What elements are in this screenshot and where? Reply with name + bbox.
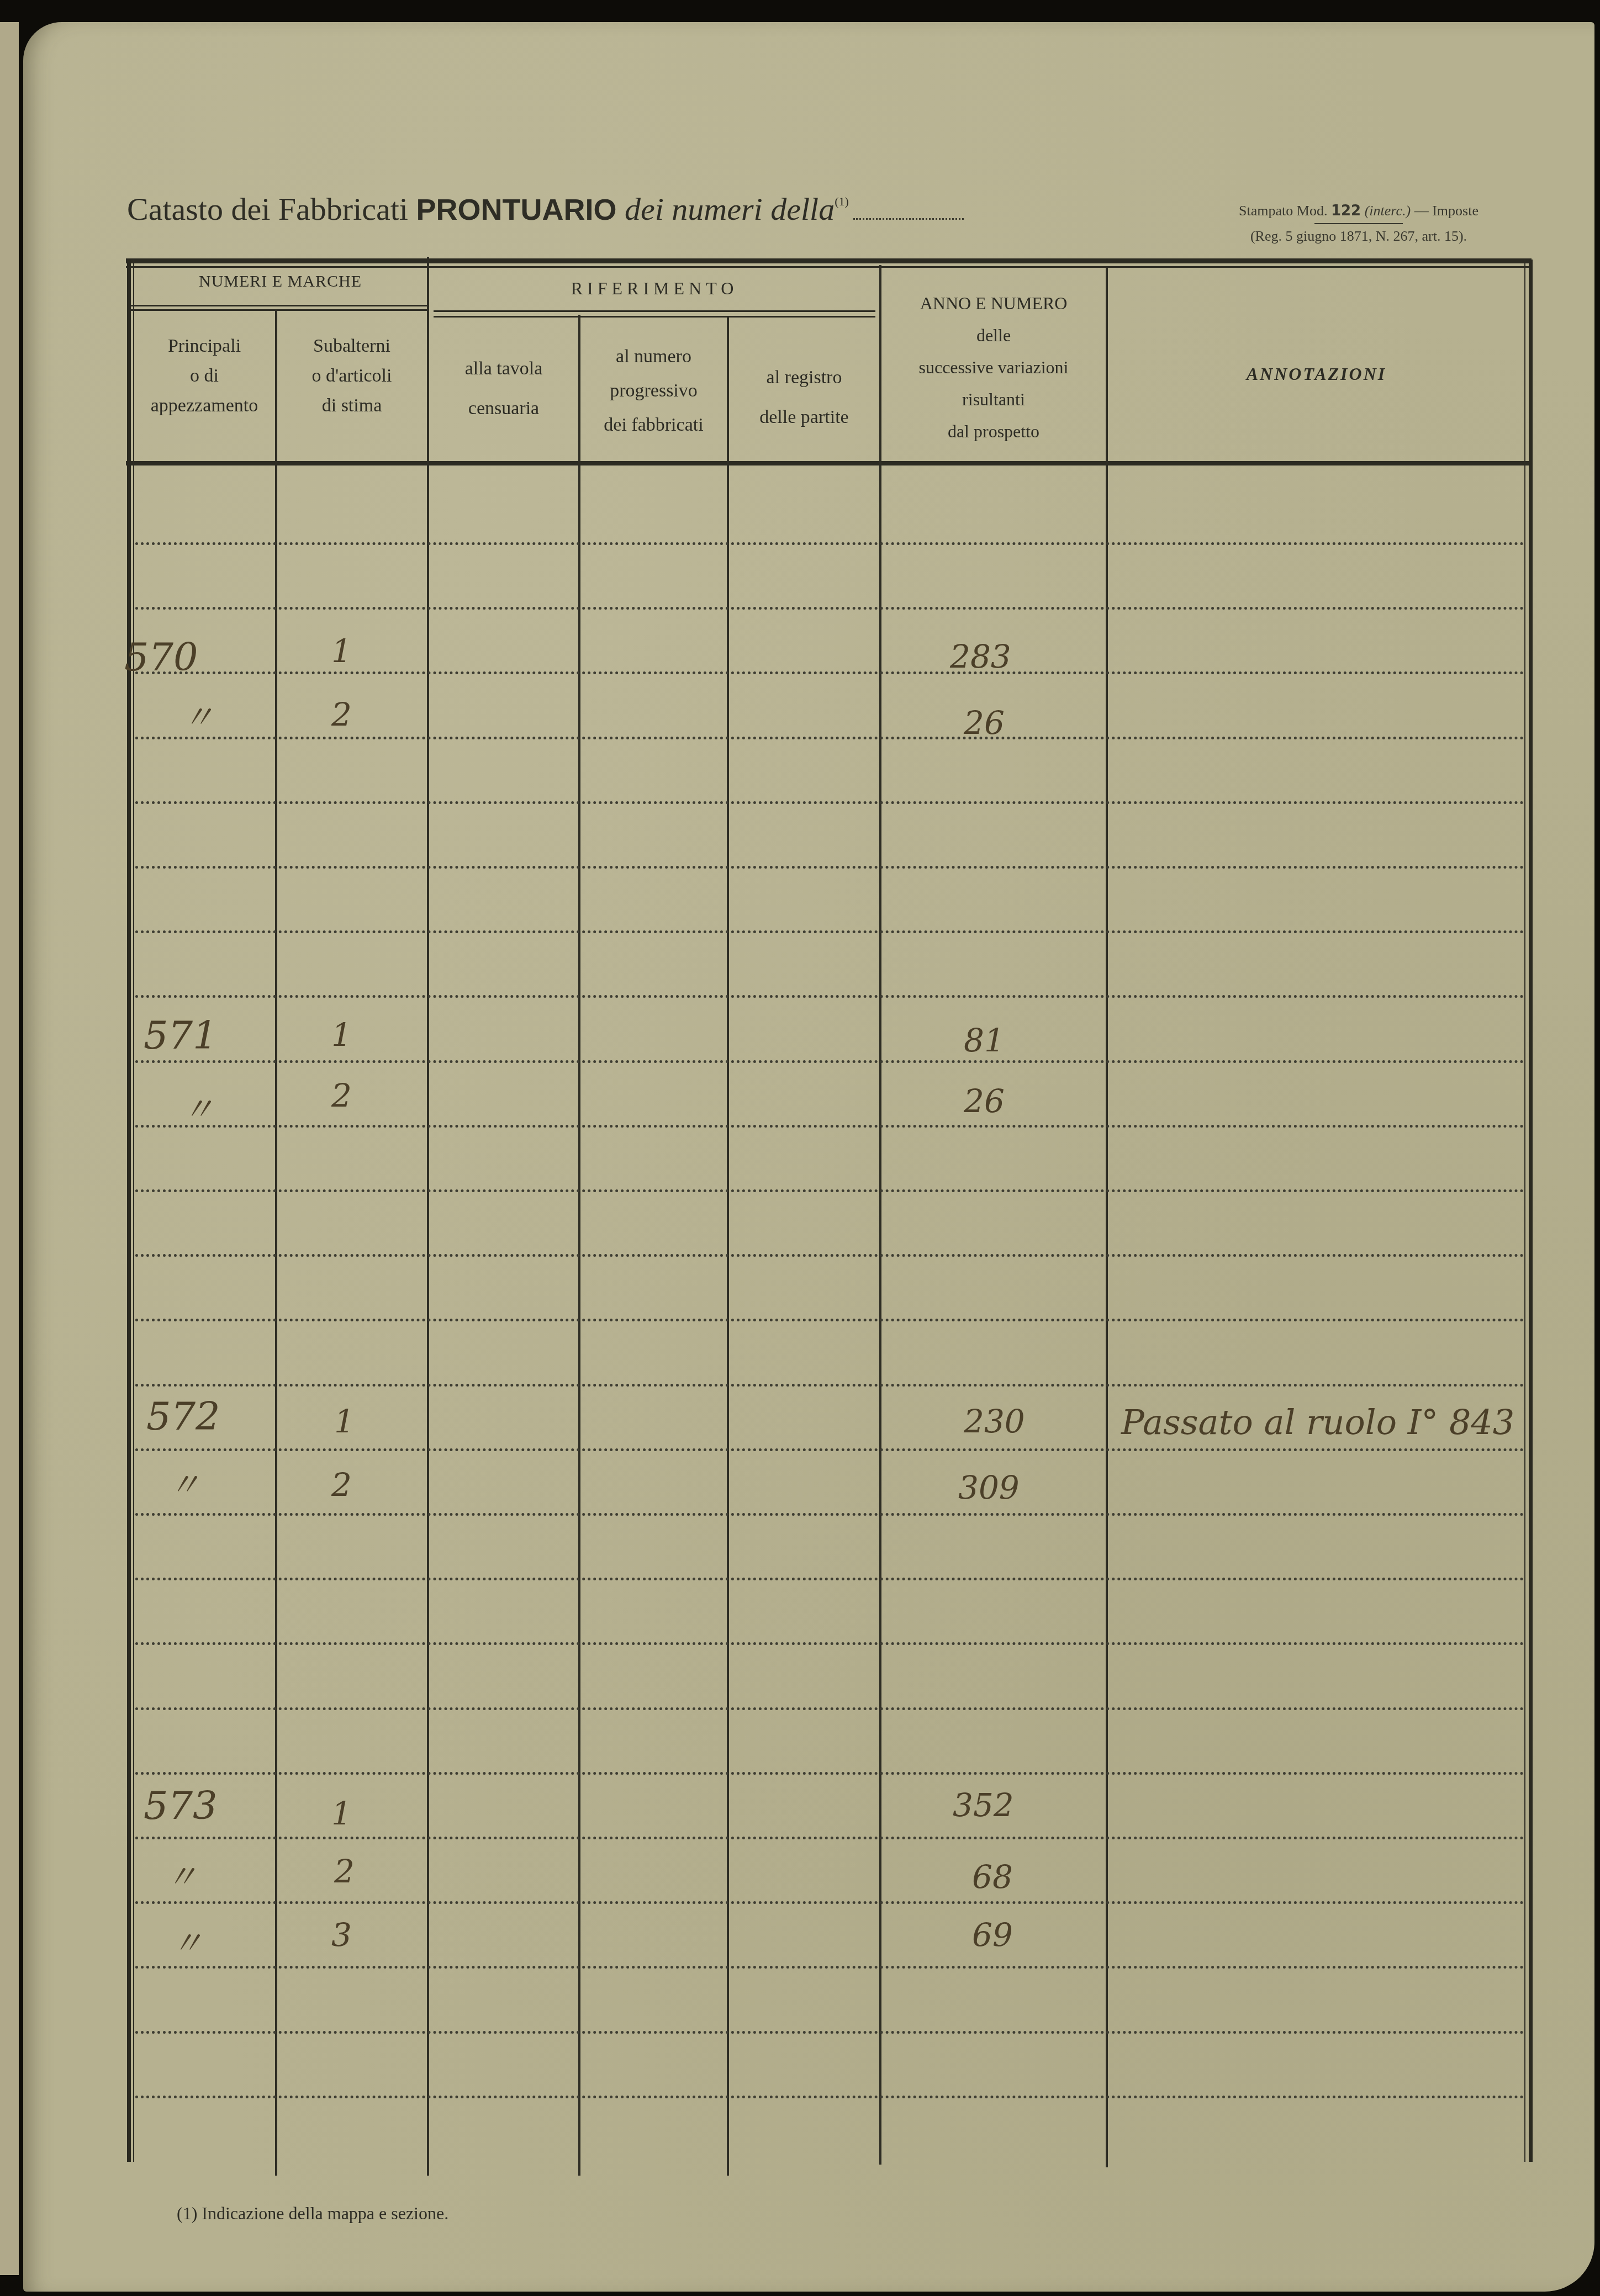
col-header-tavola: alla tavola censuaria [429,349,578,428]
entry-ditto-mark: 〃 [168,1469,200,1501]
row-separator [135,1772,1524,1775]
row-separator [135,1254,1524,1257]
entry-subalterno-1: 1 [331,1797,352,1829]
row-separator [135,1448,1524,1451]
label-line: ANNO E NUMERO [881,287,1106,319]
label-line: dei fabbricati [580,408,727,442]
left-border [127,260,131,2162]
label-line: censuaria [429,389,578,428]
footnote: (1) Indicazione della mappa e sezione. [177,2203,448,2224]
fill-in-blank [853,218,964,220]
entry-subalterno-1: 1 [334,1405,355,1437]
label-line: dal prospetto [881,415,1106,447]
row-separator [135,1837,1524,1839]
label-line: successive variazioni [881,351,1106,383]
form-stamp: Stampato Mod. 122 (interc.) — Imposte (R… [1187,199,1530,248]
col-header-annotazioni: ANNOTAZIONI [1108,359,1525,389]
row-separator [135,1578,1524,1580]
label-line: Subalterni [277,331,426,361]
label-line: delle partite [729,398,879,437]
label-line: risultanti [881,383,1106,415]
group-sep-riferimento [434,310,875,312]
label-line: di stima [277,391,426,421]
col-sep-1 [275,309,277,2176]
entry-principali-570: 570 [124,638,198,676]
entry-ditto-mark: 〃 [182,1093,214,1125]
entry-anno-numero: 352 [953,1789,1014,1821]
stamp-suffix: — Imposte [1414,203,1478,219]
entry-anno-numero: 230 [964,1405,1025,1437]
entry-subalterno-1: 1 [331,1019,352,1051]
row-separator [135,1319,1524,1321]
col-sep-6 [1106,268,1108,2167]
row-separator [135,1189,1524,1192]
entry-anno-numero: 26 [964,1085,1005,1117]
stamp-line-2: (Reg. 5 giugno 1871, N. 267, art. 15). [1187,224,1530,248]
entry-subalterno-2: 2 [331,1080,352,1112]
label-line: o d'articoli [277,361,426,391]
entry-principali-573: 573 [144,1786,218,1825]
right-border [1529,260,1533,2162]
row-separator [135,1642,1524,1645]
row-separator [135,607,1524,610]
entry-anno-numero: 26 [964,707,1005,739]
row-separator [135,995,1524,998]
entry-subalterno-2: 2 [334,1855,355,1887]
footnote-mark: (1) [835,194,849,208]
col-header-numero-progressivo: al numero progressivo dei fabbricati [580,340,727,442]
stamp-line-1: Stampato Mod. 122 (interc.) — Imposte [1187,199,1530,223]
col-sep-5 [879,265,881,2165]
title-italic: dei numeri della [625,191,835,227]
row-separator [135,1966,1524,1969]
entry-anno-numero: 309 [958,1472,1020,1504]
label-line: progressivo [580,374,727,408]
group-header-numeri-e-marche: NUMERI E MARCHE [135,260,425,304]
group-header-riferimento: RIFERIMENTO [431,268,878,309]
group-sep-numeri [130,305,428,306]
label-line: delle [881,319,1106,351]
label-line: alla tavola [429,349,578,389]
left-border-inner [133,260,134,2162]
entry-ditto-mark: 〃 [171,1927,203,1959]
col-header-subalterni: Subalterni o d'articoli di stima [277,331,426,421]
col-sep-4 [727,318,729,2176]
stamp-model-number: 122 [1331,203,1361,219]
label-line: o di [135,361,273,391]
entry-subalterno-3: 3 [331,1919,352,1951]
entry-principali-572: 572 [146,1397,220,1436]
row-separator [135,1513,1524,1516]
title-prefix: Catasto dei Fabbricati [127,191,408,227]
row-separator [135,1125,1524,1128]
row-separator [135,542,1524,545]
entry-anno-numero: 69 [972,1919,1013,1951]
group-sep-riferimento-2 [434,316,875,318]
row-separator [135,801,1524,804]
stamp-interc: (interc.) [1365,203,1411,219]
col-header-anno-numero: ANNO E NUMERO delle successive variazion… [881,287,1106,447]
header-bottom-border [126,461,1532,465]
row-separator [135,737,1524,739]
row-separator [135,2031,1524,2034]
row-separator [135,2096,1524,2098]
page-title: Catasto dei Fabbricati PRONTUARIO dei nu… [127,191,964,228]
entry-anno-numero: 81 [964,1024,1005,1056]
row-separator [135,671,1524,674]
col-header-principali: Principali o di appezzamento [135,331,273,421]
row-separator [135,1901,1524,1904]
entry-ditto-mark: 〃 [166,1861,198,1893]
entry-anno-numero: 283 [950,641,1011,673]
group-sep-numeri-2 [130,309,428,311]
entry-subalterno-2: 2 [331,699,352,731]
row-separator [135,930,1524,933]
col-sep-3 [578,315,580,2176]
col-header-registro: al registro delle partite [729,358,879,437]
entry-principali-571: 571 [144,1016,218,1055]
entry-ditto-mark: 〃 [182,701,214,733]
title-bold: PRONTUARIO [416,193,616,226]
adjacent-page-edge [0,22,19,2275]
label-line: al registro [729,358,879,398]
entry-subalterno-2: 2 [331,1469,352,1501]
entry-subalterno-1: 1 [331,635,352,667]
row-separator [135,1384,1524,1387]
entry-annotazione: Passato al ruolo I° 843 [1121,1405,1514,1440]
row-separator [135,1060,1524,1063]
label-line: appezzamento [135,391,273,421]
label-line: Principali [135,331,273,361]
right-border-inner [1524,260,1525,2162]
label-line: al numero [580,340,727,374]
row-separator [135,1707,1524,1710]
row-separator [135,866,1524,869]
entry-anno-numero: 68 [972,1861,1013,1893]
stamp-prefix: Stampato Mod. [1239,203,1327,219]
